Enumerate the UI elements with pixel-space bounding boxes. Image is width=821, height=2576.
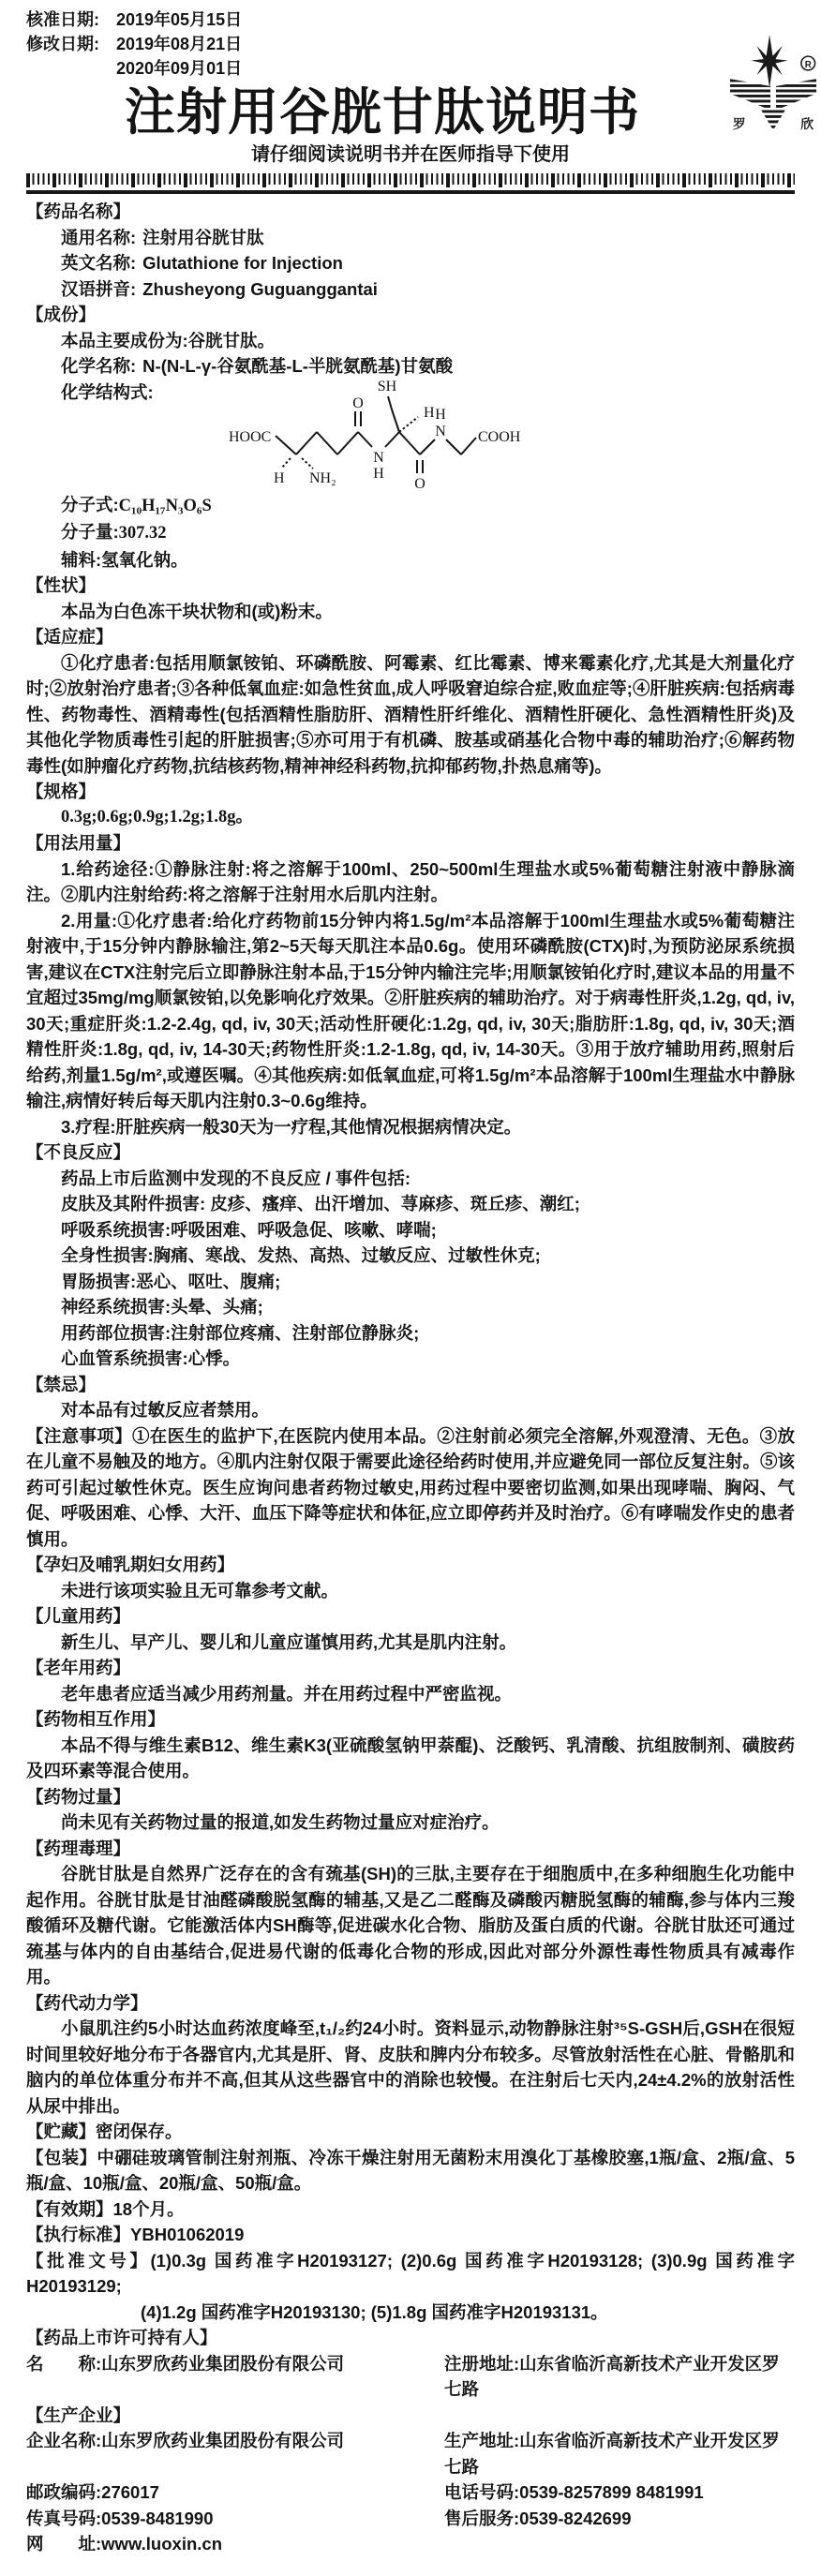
holder-name-value: 山东罗欣药业集团股份有限公司 bbox=[101, 2354, 344, 2374]
approval-numbers-line2: (4)1.2g 国药准字H20193130; (5)1.8g 国药准字H2019… bbox=[141, 2300, 795, 2326]
section-composition: 【成份】 本品主要成份为:谷胱甘肽。 化学名称:N-(N-L-γ-谷氨酰基-L-… bbox=[26, 302, 795, 573]
holder-reg-addr-cell: 注册地址:山东省临沂高新技术产业开发区罗七路 bbox=[444, 2351, 795, 2403]
website-label: 网 址: bbox=[26, 2534, 101, 2554]
dosage-course-paragraph: 3.疗程:肝脏疾病一般30天为一疗程,其他情况根据病情决定。 bbox=[26, 1114, 795, 1140]
zip-label: 邮政编码: bbox=[26, 2482, 101, 2502]
indications-heading: 【适应症】 bbox=[26, 624, 795, 650]
section-overdose: 【药物过量】 尚未见有关药物过量的报道,如发生药物过量应对症治疗。 bbox=[26, 1784, 795, 1836]
overdose-heading: 【药物过量】 bbox=[26, 1784, 795, 1810]
pinyin-name-label: 汉语拼音: bbox=[61, 279, 136, 299]
atom-n-amide2: N bbox=[435, 424, 446, 439]
website-cell: 网 址:www.luoxin.cn bbox=[26, 2531, 444, 2557]
revision-date-label: 修改日期: bbox=[26, 32, 116, 56]
atom-h-amide1: H bbox=[373, 466, 384, 482]
overdose-text: 尚未见有关药物过量的报道,如发生药物过量应对症治疗。 bbox=[26, 1809, 795, 1836]
zip-value: 276017 bbox=[101, 2482, 159, 2502]
pregnancy-text: 未进行该项实验且无可靠参考文献。 bbox=[26, 1578, 795, 1604]
contraindication-heading: 【禁忌】 bbox=[26, 1372, 795, 1398]
adverse-item-gastro: 胃肠损害:恶心、呕吐、腹痛; bbox=[26, 1269, 795, 1295]
manufacturer-name-value: 山东罗欣药业集团股份有限公司 bbox=[101, 2431, 344, 2450]
atom-sh: SH bbox=[377, 379, 396, 395]
adverse-item-skin: 皮肤及其附件损害: 皮疹、瘙痒、出汗增加、荨麻疹、斑丘疹、潮红; bbox=[26, 1191, 795, 1217]
manufacturer-zip-row: 邮政编码:276017 电话号码:0539-8257899 8481991 bbox=[26, 2479, 795, 2506]
section-pharmacology: 【药理毒理】 谷胱甘肽是自然界广泛存在的含有巯基(SH)的三肽,主要存在于细胞质… bbox=[26, 1836, 795, 1990]
luoxin-logo: R 罗 欣 bbox=[727, 32, 819, 139]
decorative-ruler-strip bbox=[26, 173, 795, 187]
standard-heading: 【执行标准】 bbox=[26, 2225, 130, 2244]
packaging-heading: 【包装】 bbox=[26, 2148, 97, 2167]
date-block: 核准日期:2019年05月15日 修改日期:2019年08月21日 2020年0… bbox=[26, 7, 795, 81]
approval-numbers-heading: 【批准文号】 bbox=[26, 2251, 150, 2271]
revision-date-value-1: 2019年08月21日 bbox=[116, 35, 242, 53]
section-packaging: 【包装】中硼硅玻璃管制注射剂瓶、冷冻干燥注射用无菌粉末用溴化丁基橡胶塞,1瓶/盒… bbox=[26, 2145, 795, 2196]
chemical-name-label: 化学名称: bbox=[61, 356, 136, 376]
children-text: 新生儿、早产儿、婴儿和儿童应谨慎用药,尤其是肌内注射。 bbox=[26, 1630, 795, 1656]
section-pregnancy: 【孕妇及哺乳期妇女用药】 未进行该项实验且无可靠参考文献。 bbox=[26, 1552, 795, 1603]
storage-text: 密闭保存。 bbox=[96, 2122, 183, 2141]
manufacturer-name-cell: 企业名称:山东罗欣药业集团股份有限公司 bbox=[26, 2428, 444, 2479]
formula-line: 分子式:C₁₀H₁₇N₃O₆S bbox=[26, 492, 795, 520]
validity-heading: 【有效期】 bbox=[26, 2199, 113, 2219]
packaging-text: 中硼硅玻璃管制注射剂瓶、冷冻干燥注射用无菌粉末用溴化丁基橡胶塞,1瓶/盒、2瓶/… bbox=[26, 2148, 795, 2194]
page-title: 注射用谷胱甘肽说明书 bbox=[26, 84, 739, 141]
storage-paragraph: 【贮藏】密闭保存。 bbox=[26, 2119, 795, 2145]
header-divider bbox=[26, 190, 795, 194]
standard-paragraph: 【执行标准】YBH01062019 bbox=[26, 2222, 795, 2248]
precautions-heading: 【注意事项】 bbox=[26, 1426, 132, 1446]
pharmacology-heading: 【药理毒理】 bbox=[26, 1836, 795, 1862]
section-precautions: 【注意事项】①在医生的监护下,在医院内使用本品。②注射前必须完全溶解,外观澄清、… bbox=[26, 1423, 795, 1553]
adverse-item-respiratory: 呼吸系统损害:呼吸困难、呼吸急促、咳嗽、哮喘; bbox=[26, 1217, 795, 1243]
specification-heading: 【规格】 bbox=[26, 779, 795, 805]
section-storage: 【贮藏】密闭保存。 bbox=[26, 2119, 795, 2145]
properties-text: 本品为白色冻干块状物和(或)粉末。 bbox=[26, 599, 795, 625]
section-interactions: 【药物相互作用】 本品不得与维生素B12、维生素K3(亚硫酸氢钠甲萘醌)、泛酸钙… bbox=[26, 1706, 795, 1784]
atom-h-amide2: H bbox=[435, 407, 446, 423]
manufacturer-name-label: 企业名称: bbox=[26, 2431, 101, 2450]
page-subtitle: 请仔细阅读说明书并在医师指导下使用 bbox=[26, 142, 795, 167]
precautions-text: ①在医生的监护下,在医院内使用本品。②注射前必须完全溶解,外观澄清、无色。③放在… bbox=[26, 1426, 795, 1549]
revision-date-value-2: 2020年09月01日 bbox=[116, 59, 242, 78]
standard-text: YBH01062019 bbox=[130, 2225, 244, 2244]
approval-numbers-paragraph: 【批准文号】(1)0.3g 国药准字H20193127; (2)0.6g 国药准… bbox=[26, 2248, 795, 2300]
chemical-structure-row: 化学结构式: HOOC H NH₂ O N H bbox=[26, 380, 795, 492]
weight-line: 分子量:307.32 bbox=[26, 519, 795, 547]
adverse-item-systemic: 全身性损害:胸痛、寒战、发热、高热、过敏反应、过敏性休克; bbox=[26, 1243, 795, 1269]
excipient-line: 辅料:氢氧化钠。 bbox=[26, 547, 795, 573]
weight-value: 307.32 bbox=[119, 524, 167, 543]
tel-value: 0539-8257899 8481991 bbox=[519, 2482, 704, 2502]
excipient-label: 辅料: bbox=[61, 550, 101, 570]
logo-right-wing bbox=[776, 79, 816, 110]
approval-date-row: 核准日期:2019年05月15日 bbox=[26, 7, 795, 32]
atom-h-alpha: H bbox=[274, 470, 285, 486]
adverse-item-cardio: 心血管系统损害:心悸。 bbox=[26, 1346, 795, 1372]
glutathione-structure-diagram: HOOC H NH₂ O N H bbox=[227, 372, 545, 492]
pharmacokinetics-text: 小鼠肌注约5小时达血药浓度峰至,t₁/₂约24小时。资料显示,动物静脉注射³⁵S… bbox=[26, 2016, 795, 2119]
atom-n-amide1: N bbox=[373, 450, 384, 466]
interactions-text: 本品不得与维生素B12、维生素K3(亚硫酸氢钠甲萘醌)、泛酸钙、乳清酸、抗组胺制… bbox=[26, 1733, 795, 1784]
section-license-holder: 【药品上市许可持有人】 名 称:山东罗欣药业集团股份有限公司 注册地址:山东省临… bbox=[26, 2325, 795, 2403]
pinyin-name-line: 汉语拼音:Zhusheyong Guguanggantai bbox=[26, 276, 795, 303]
composition-heading: 【成份】 bbox=[26, 302, 795, 328]
properties-heading: 【性状】 bbox=[26, 573, 795, 599]
pharmacokinetics-heading: 【药代动力学】 bbox=[26, 1990, 795, 2017]
generic-name-line: 通用名称:注射用谷胱甘肽 bbox=[26, 225, 795, 251]
validity-paragraph: 【有效期】18个月。 bbox=[26, 2196, 795, 2223]
zip-cell: 邮政编码:276017 bbox=[26, 2479, 444, 2506]
packaging-paragraph: 【包装】中硼硅玻璃管制注射剂瓶、冷冻干燥注射用无菌粉末用溴化丁基橡胶塞,1瓶/盒… bbox=[26, 2145, 795, 2196]
manufacturer-name-row: 企业名称:山东罗欣药业集团股份有限公司 生产地址:山东省临沂高新技术产业开发区罗… bbox=[26, 2428, 795, 2479]
logo-tail bbox=[761, 110, 784, 130]
logo-char-right: 欣 bbox=[800, 116, 814, 131]
section-properties: 【性状】 本品为白色冻干块状物和(或)粉末。 bbox=[26, 573, 795, 624]
manufacturer-fax-row: 传真号码:0539-8481990 售后服务:0539-8242699 bbox=[26, 2506, 795, 2532]
tel-label: 电话号码: bbox=[444, 2482, 519, 2502]
holder-name-label: 名 称: bbox=[26, 2354, 101, 2374]
service-cell: 售后服务:0539-8242699 bbox=[444, 2506, 795, 2532]
section-children: 【儿童用药】 新生儿、早产儿、婴儿和儿童应谨慎用药,尤其是肌内注射。 bbox=[26, 1603, 795, 1655]
approval-date-value: 2019年05月15日 bbox=[116, 10, 242, 29]
fax-cell: 传真号码:0539-8481990 bbox=[26, 2506, 444, 2532]
section-standard: 【执行标准】YBH01062019 bbox=[26, 2222, 795, 2248]
leaflet-body: 【药品名称】 通用名称:注射用谷胱甘肽 英文名称:Glutathione for… bbox=[26, 199, 795, 2557]
adverse-item-nervous: 神经系统损害:头晕、头痛; bbox=[26, 1294, 795, 1320]
dosage-route-paragraph: 1.给药途径:①静脉注射:将之溶解于100ml、250~500ml生理盐水或5%… bbox=[26, 856, 795, 908]
service-value: 0539-8242699 bbox=[519, 2509, 631, 2528]
leaflet-header: 核准日期:2019年05月15日 修改日期:2019年08月21日 2020年0… bbox=[26, 7, 795, 194]
adverse-heading: 【不良反应】 bbox=[26, 1139, 795, 1166]
license-holder-row: 名 称:山东罗欣药业集团股份有限公司 注册地址:山东省临沂高新技术产业开发区罗七… bbox=[26, 2351, 795, 2403]
tel-cell: 电话号码:0539-8257899 8481991 bbox=[444, 2479, 795, 2506]
english-name-label: 英文名称: bbox=[61, 253, 136, 273]
pregnancy-heading: 【孕妇及哺乳期妇女用药】 bbox=[26, 1552, 795, 1578]
dosage-amount-paragraph: 2.用量:①化疗患者:给化疗药物前15分钟内将1.5g/m²本品溶解于100ml… bbox=[26, 908, 795, 1114]
license-holder-heading: 【药品上市许可持有人】 bbox=[26, 2325, 795, 2351]
holder-name-cell: 名 称:山东罗欣药业集团股份有限公司 bbox=[26, 2351, 444, 2403]
atom-h-chiral: H bbox=[424, 405, 435, 421]
formula-value: C₁₀H₁₇N₃O₆S bbox=[119, 497, 212, 515]
indications-text: ①化疗患者:包括用顺氯铵铂、环磷酰胺、阿霉素、红比霉素、博来霉素化疗,尤其是大剂… bbox=[26, 650, 795, 780]
storage-heading: 【贮藏】 bbox=[26, 2122, 96, 2141]
english-name-line: 英文名称:Glutathione for Injection bbox=[26, 250, 795, 276]
pinyin-name-value: Zhusheyong Guguanggantai bbox=[142, 279, 378, 299]
registered-mark: R bbox=[805, 60, 812, 70]
adverse-item-injection-site: 用药部位损害:注射部位疼痛、注射部位静脉炎; bbox=[26, 1320, 795, 1347]
drug-leaflet-page: 核准日期:2019年05月15日 修改日期:2019年08月21日 2020年0… bbox=[0, 0, 821, 2576]
validity-text: 18个月。 bbox=[113, 2199, 185, 2219]
logo-char-left: 罗 bbox=[733, 116, 746, 131]
atom-o-top: O bbox=[352, 395, 364, 411]
children-heading: 【儿童用药】 bbox=[26, 1603, 795, 1630]
section-elderly: 【老年用药】 老年患者应适当减少用药剂量。并在用药过程中严密监视。 bbox=[26, 1655, 795, 1706]
service-label: 售后服务: bbox=[444, 2509, 519, 2528]
section-dosage: 【用法用量】 1.给药途径:①静脉注射:将之溶解于100ml、250~500ml… bbox=[26, 830, 795, 1139]
section-validity: 【有效期】18个月。 bbox=[26, 2196, 795, 2223]
section-indications: 【适应症】 ①化疗患者:包括用顺氯铵铂、环磷酰胺、阿霉素、红比霉素、博来霉素化疗… bbox=[26, 624, 795, 779]
section-specification: 【规格】 0.3g;0.6g;0.9g;1.2g;1.8g。 bbox=[26, 779, 795, 830]
excipient-value: 氢氧化钠。 bbox=[101, 550, 188, 570]
manufacturer-web-row: 网 址:www.luoxin.cn bbox=[26, 2531, 795, 2557]
atom-nh2: NH₂ bbox=[309, 470, 336, 486]
fax-label: 传真号码: bbox=[26, 2509, 101, 2528]
elderly-text: 老年患者应适当减少用药剂量。并在用药过程中严密监视。 bbox=[26, 1681, 795, 1707]
star-burst-icon bbox=[751, 35, 787, 88]
holder-reg-addr-label: 注册地址: bbox=[444, 2354, 519, 2374]
adverse-intro: 药品上市后监测中发现的不良反应 / 事件包括: bbox=[26, 1166, 795, 1192]
section-contraindication: 【禁忌】 对本品有过敏反应者禁用。 bbox=[26, 1372, 795, 1423]
revision-date-row: 修改日期:2019年08月21日 bbox=[26, 32, 795, 56]
section-approval-numbers: 【批准文号】(1)0.3g 国药准字H20193127; (2)0.6g 国药准… bbox=[26, 2248, 795, 2326]
formula-label: 分子式: bbox=[61, 495, 119, 514]
atom-hooc: HOOC bbox=[229, 429, 271, 445]
precautions-paragraph: 【注意事项】①在医生的监护下,在医院内使用本品。②注射前必须完全溶解,外观澄清、… bbox=[26, 1423, 795, 1553]
structure-label: 化学结构式: bbox=[61, 380, 154, 406]
weight-label: 分子量: bbox=[61, 522, 119, 542]
fax-value: 0539-8481990 bbox=[101, 2509, 213, 2528]
specification-text: 0.3g;0.6g;0.9g;1.2g;1.8g。 bbox=[26, 805, 795, 831]
revision-date-row-2: 2020年09月01日 bbox=[26, 56, 795, 81]
section-drug-name: 【药品名称】 通用名称:注射用谷胱甘肽 英文名称:Glutathione for… bbox=[26, 199, 795, 302]
logo-left-wing bbox=[730, 79, 770, 110]
drug-name-heading: 【药品名称】 bbox=[26, 199, 795, 225]
section-pharmacokinetics: 【药代动力学】 小鼠肌注约5小时达血药浓度峰至,t₁/₂约24小时。资料显示,动… bbox=[26, 1990, 795, 2120]
generic-name-value: 注射用谷胱甘肽 bbox=[142, 228, 264, 247]
section-adverse-reactions: 【不良反应】 药品上市后监测中发现的不良反应 / 事件包括: 皮肤及其附件损害:… bbox=[26, 1139, 795, 1372]
dosage-heading: 【用法用量】 bbox=[26, 830, 795, 856]
manufacturer-addr-label: 生产地址: bbox=[444, 2431, 519, 2450]
english-name-value: Glutathione for Injection bbox=[142, 253, 343, 273]
atom-cooh: COOH bbox=[478, 429, 521, 445]
pharmacology-text: 谷胱甘肽是自然界广泛存在的含有巯基(SH)的三肽,主要存在于细胞质中,在多种细胞… bbox=[26, 1861, 795, 1990]
contraindication-text: 对本品有过敏反应者禁用。 bbox=[26, 1397, 795, 1423]
approval-date-label: 核准日期: bbox=[26, 7, 116, 32]
elderly-heading: 【老年用药】 bbox=[26, 1655, 795, 1681]
interactions-heading: 【药物相互作用】 bbox=[26, 1706, 795, 1733]
website-row-spacer bbox=[444, 2531, 795, 2557]
section-manufacturer: 【生产企业】 企业名称:山东罗欣药业集团股份有限公司 生产地址:山东省临沂高新技… bbox=[26, 2403, 795, 2557]
manufacturer-heading: 【生产企业】 bbox=[26, 2403, 795, 2429]
generic-name-label: 通用名称: bbox=[61, 228, 136, 247]
composition-main-line: 本品主要成份为:谷胱甘肽。 bbox=[26, 328, 795, 354]
website-value: www.luoxin.cn bbox=[101, 2534, 222, 2554]
atom-o-bottom: O bbox=[414, 476, 425, 492]
manufacturer-addr-cell: 生产地址:山东省临沂高新技术产业开发区罗七路 bbox=[444, 2428, 795, 2479]
